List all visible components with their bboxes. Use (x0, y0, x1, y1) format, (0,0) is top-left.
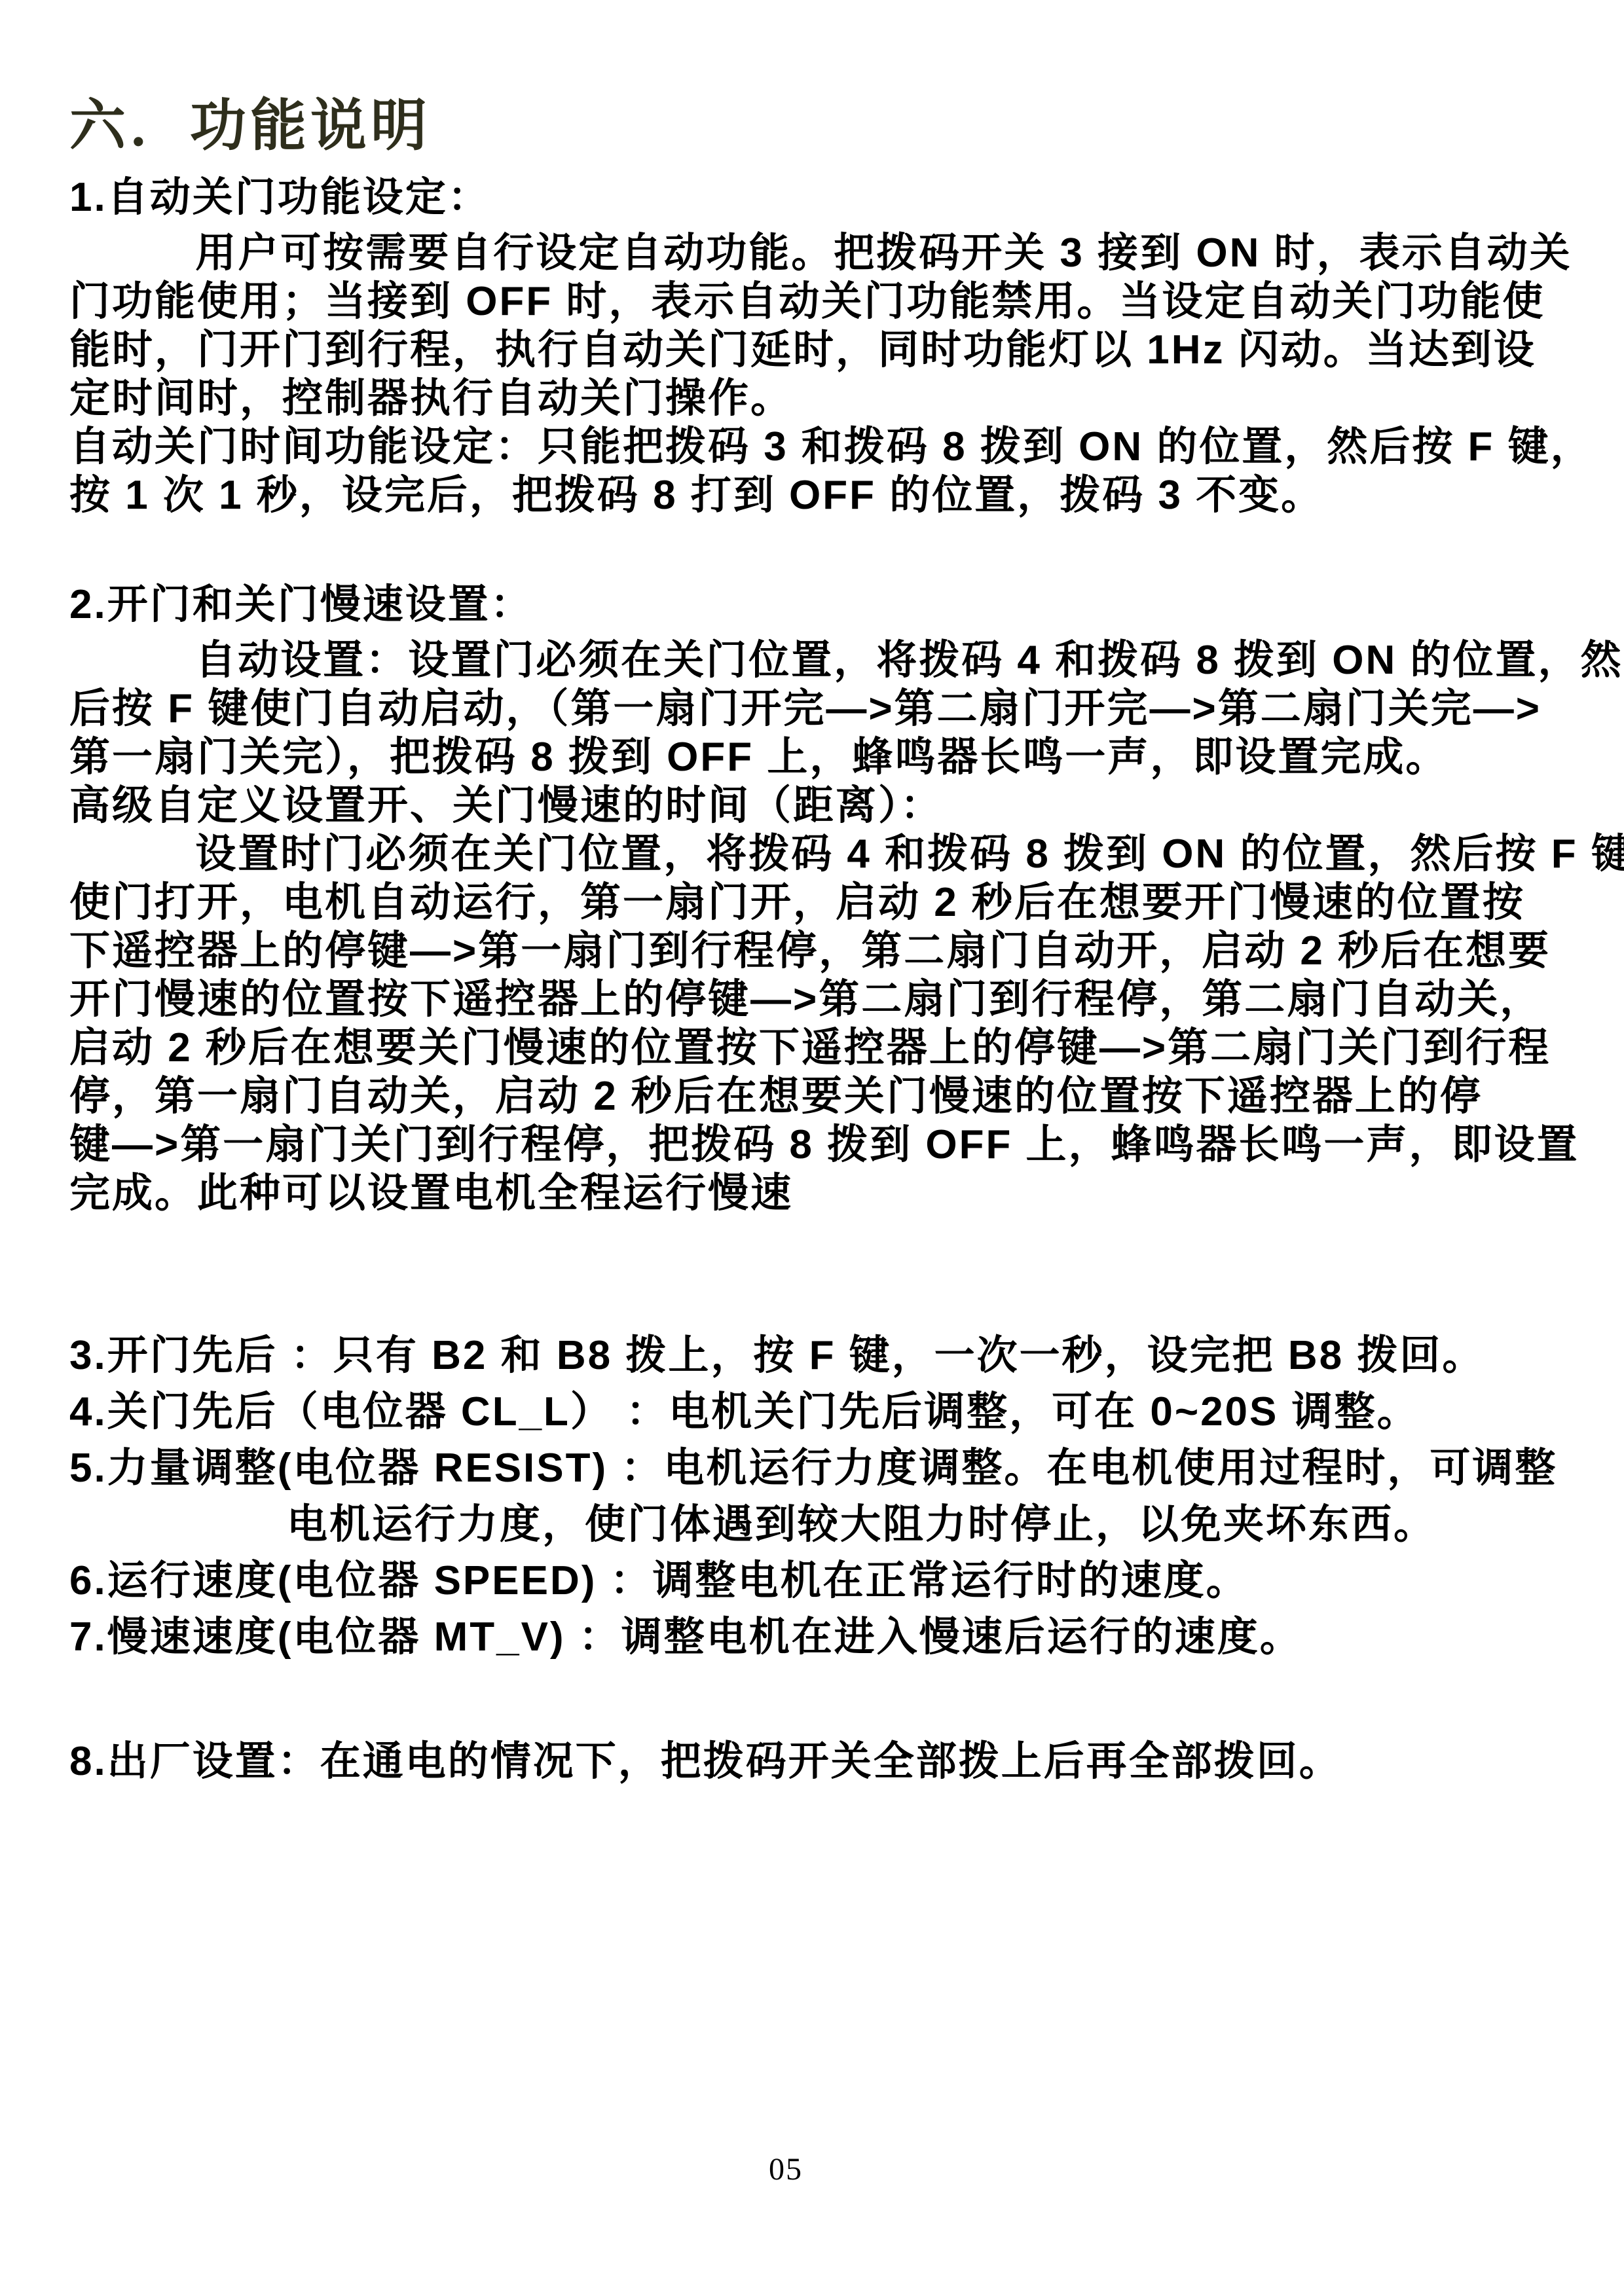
text-line: 启动 2 秒后在想要关门慢速的位置按下遥控器上的停键—>第二扇门关门到行程 (69, 1024, 1559, 1072)
section-2-body: 自动设置：设置门必须在关门位置，将拨码 4 和拨码 8 拨到 ON 的位置，然后… (69, 636, 1559, 1218)
text-line: 键—>第一扇门关门到行程停，把拨码 8 拨到 OFF 上，蜂鸣器长鸣一声，即设置 (69, 1121, 1559, 1169)
section-2-heading: 2.开门和关门慢速设置： (69, 580, 1559, 630)
section-1-heading: 1.自动关门功能设定： (69, 173, 1559, 223)
section-slow-speed-setting: 2.开门和关门慢速设置： 自动设置：设置门必须在关门位置，将拨码 4 和拨码 8… (69, 580, 1559, 1218)
text-line: 6.运行速度(电位器 SPEED) ：调整电机在正常运行时的速度。 (69, 1553, 1559, 1609)
text-line: 能时，门开门到行程，执行自动关门延时，同时功能灯以 1Hz 闪动。当达到设 (69, 326, 1559, 374)
numbered-items-list: 3.开门先后 ：只有 B2 和 B8 拨上，按 F 键，一次一秒，设完把 B8 … (69, 1328, 1559, 1666)
text-line: 第一扇门关完），把拨码 8 拨到 OFF 上，蜂鸣器长鸣一声，即设置完成。 (69, 733, 1559, 782)
section-auto-close-function: 1.自动关门功能设定： 用户可按需要自行设定自动功能。把拨码开关 3 接到 ON… (69, 173, 1559, 520)
factory-reset-item: 8.出厂设置：在通电的情况下，把拨码开关全部拨上后再全部拨回。 (69, 1734, 1559, 1790)
text-line: 自动设置：设置门必须在关门位置，将拨码 4 和拨码 8 拨到 ON 的位置，然 (69, 636, 1559, 685)
text-line: 设置时门必须在关门位置，将拨码 4 和拨码 8 拨到 ON 的位置，然后按 F … (69, 830, 1559, 879)
text-line: 下遥控器上的停键—>第一扇门到行程停，第二扇门自动开，启动 2 秒后在想要 (69, 927, 1559, 975)
text-line: 定时间时，控制器执行自动关门操作。 (69, 374, 1559, 423)
text-line: 高级自定义设置开、关门慢速的时间（距离）： (69, 782, 1559, 830)
text-line: 门功能使用；当接到 OFF 时，表示自动关门功能禁用。当设定自动关门功能使 (69, 278, 1559, 326)
text-line: 自动关门时间功能设定：只能把拨码 3 和拨码 8 拨到 ON 的位置，然后按 F… (69, 423, 1559, 471)
section-1-body: 用户可按需要自行设定自动功能。把拨码开关 3 接到 ON 时，表示自动关门功能使… (69, 229, 1559, 520)
text-line: 使门打开，电机自动运行，第一扇门开，启动 2 秒后在想要开门慢速的位置按 (69, 879, 1559, 927)
page-number: 05 (0, 2151, 1572, 2187)
text-line: 后按 F 键使门自动启动，（第一扇门开完—>第二扇门开完—>第二扇门关完—> (69, 685, 1559, 733)
text-line: 按 1 次 1 秒，设完后，把拨码 8 打到 OFF 的位置，拨码 3 不变。 (69, 471, 1559, 520)
text-line: 用户可按需要自行设定自动功能。把拨码开关 3 接到 ON 时，表示自动关 (69, 229, 1559, 278)
document-page: 六．功能说明 1.自动关门功能设定： 用户可按需要自行设定自动功能。把拨码开关 … (0, 0, 1624, 2296)
page-title: 六．功能说明 (69, 96, 1559, 156)
text-line: 5.力量调整(电位器 RESIST) ：电机运行力度调整。在电机使用过程时，可调… (69, 1440, 1559, 1497)
text-line: 完成。此种可以设置电机全程运行慢速 (69, 1169, 1559, 1218)
text-line: 开门慢速的位置按下遥控器上的停键—>第二扇门到行程停，第二扇门自动关， (69, 975, 1559, 1024)
text-line: 4.关门先后（电位器 CL_L） ：电机关门先后调整，可在 0~20S 调整。 (69, 1384, 1559, 1440)
text-line: 7.慢速速度(电位器 MT_V) ：调整电机在进入慢速后运行的速度。 (69, 1609, 1559, 1666)
text-line: 3.开门先后 ：只有 B2 和 B8 拨上，按 F 键，一次一秒，设完把 B8 … (69, 1328, 1559, 1384)
text-line: 停，第一扇门自动关，启动 2 秒后在想要关门慢速的位置按下遥控器上的停 (69, 1072, 1559, 1121)
text-line: 电机运行力度，使门体遇到较大阻力时停止，以免夹坏东西。 (69, 1497, 1559, 1553)
